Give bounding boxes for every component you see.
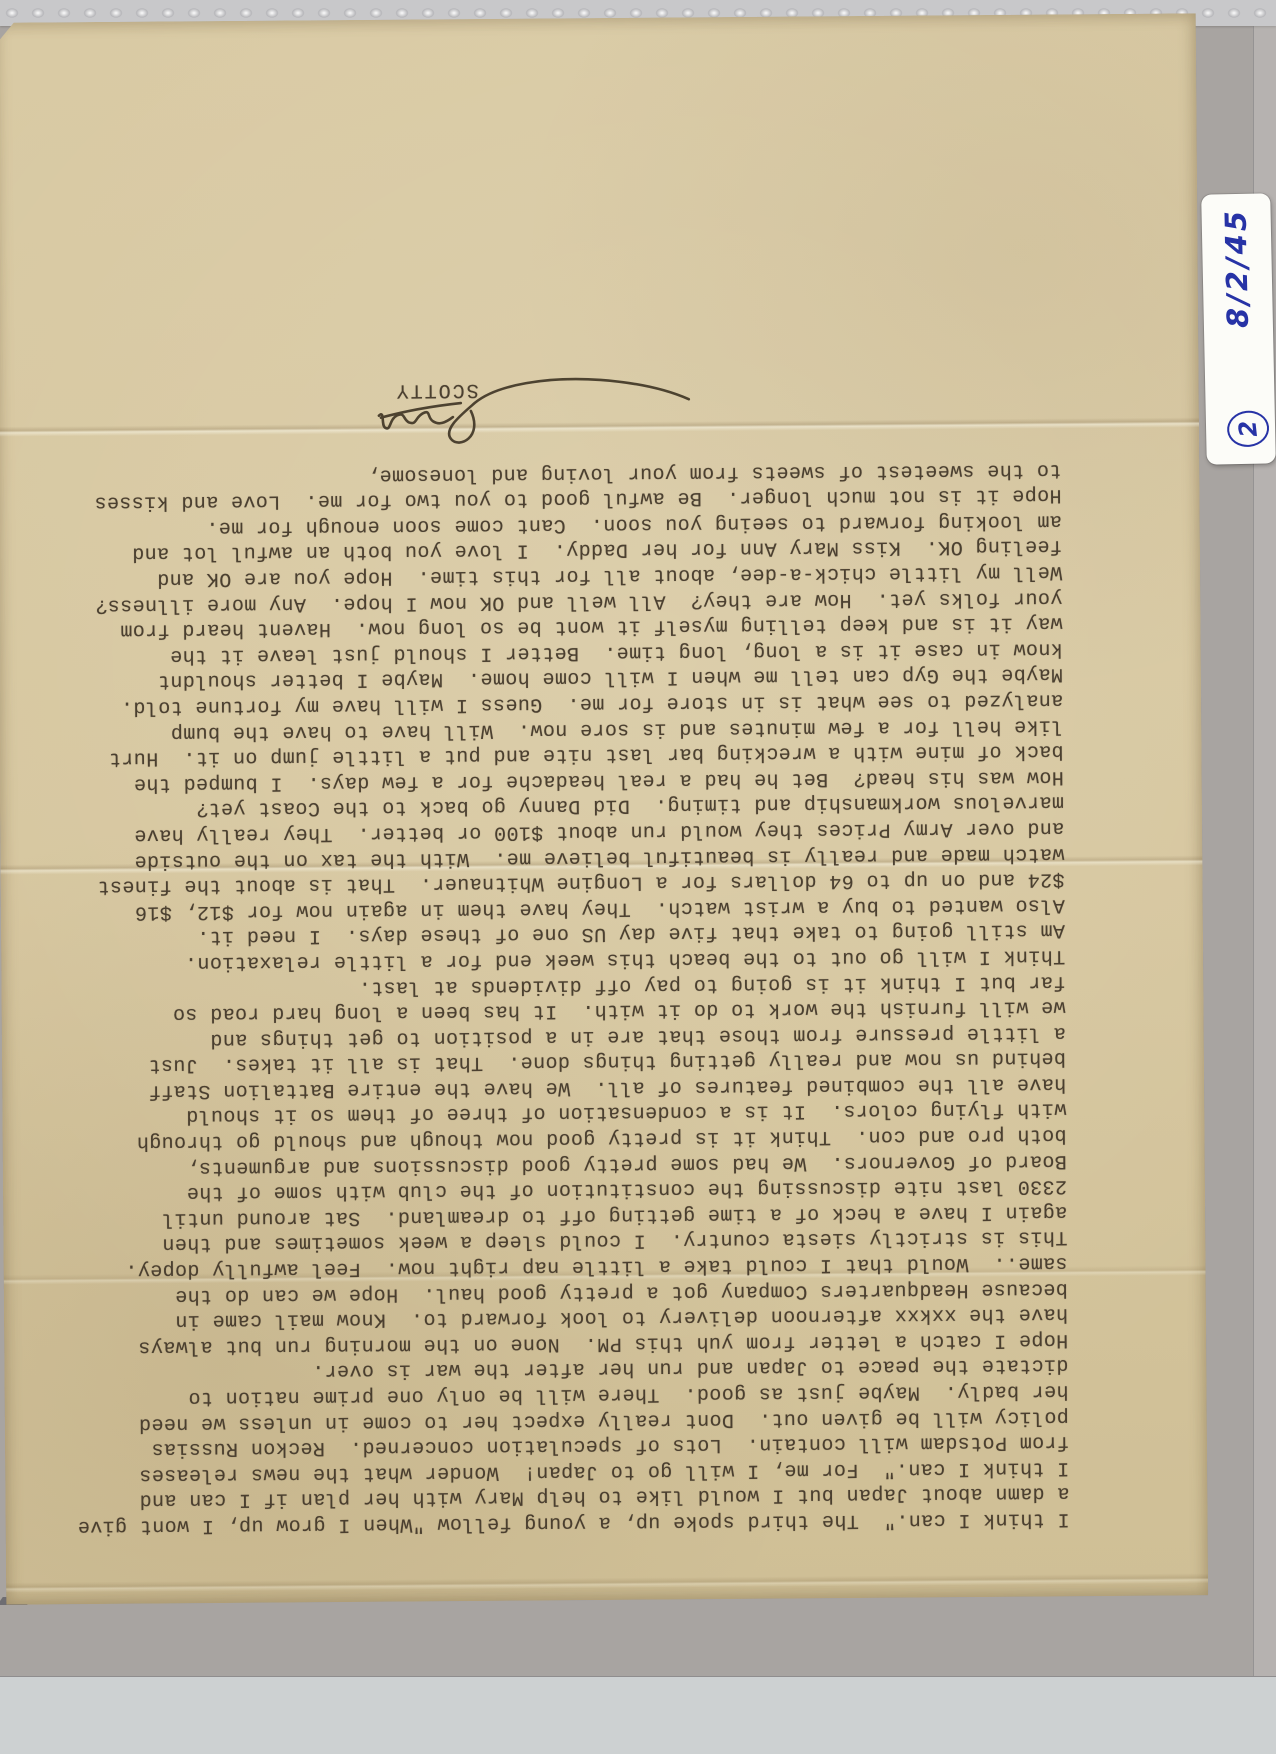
scanned-letter-page: I think I can." The third spoke up, a yo… xyxy=(0,0,1276,1754)
page-number-badge: 2 xyxy=(1225,409,1271,449)
archival-label: 8/2/45 2 xyxy=(1201,193,1276,464)
signature-block: SCOTTY xyxy=(377,369,698,458)
scanner-bed xyxy=(0,1676,1276,1754)
letter-text: I think I can." The third spoke up, a yo… xyxy=(49,366,1070,1539)
signature-typed: SCOTTY xyxy=(395,378,479,402)
page-number: 2 xyxy=(1233,419,1263,439)
fold-crease xyxy=(6,1573,1208,1592)
label-date: 8/2/45 xyxy=(1215,198,1258,339)
letter-body: I think I can." The third spoke up, a yo… xyxy=(49,456,1069,1539)
letter-page: I think I can." The third spoke up, a yo… xyxy=(0,13,1208,1604)
